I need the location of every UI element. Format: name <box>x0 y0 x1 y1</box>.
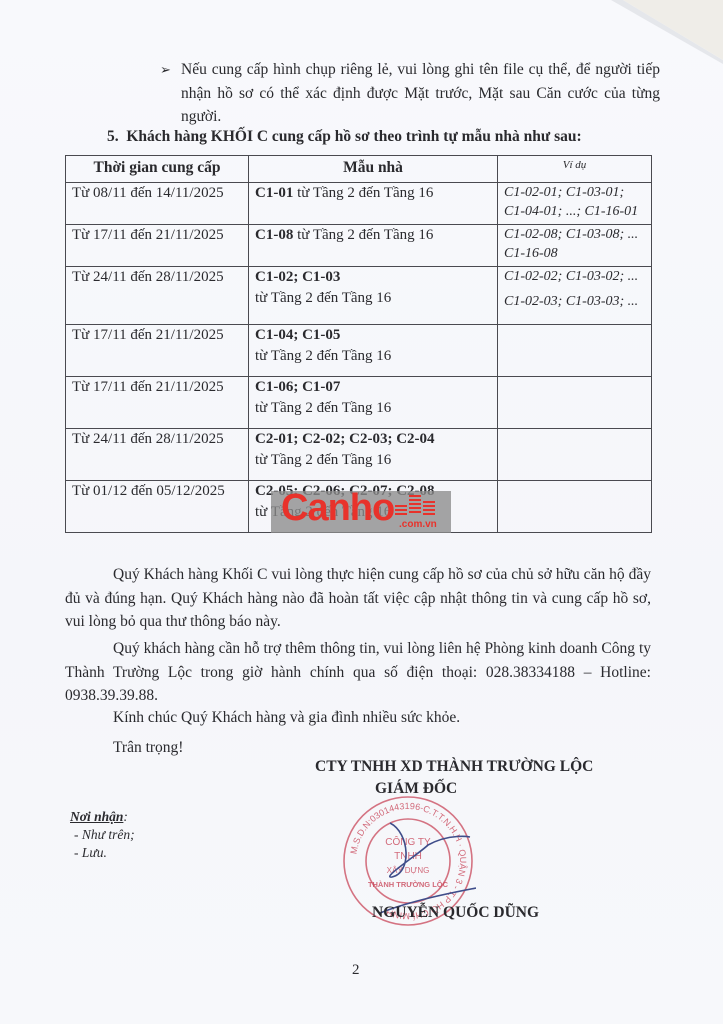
cell-model: C2-01; C2-02; C2-03; C2-04từ Tầng 2 đến … <box>249 429 498 481</box>
paragraph-1: Quý Khách hàng Khối C vui lòng thực hiện… <box>65 563 651 634</box>
section-heading: 5. Khách hàng KHỐI C cung cấp hồ sơ theo… <box>107 128 582 146</box>
building-icon <box>395 495 443 521</box>
time-text: Từ 08/11 đến 14/11/2025 <box>72 183 242 204</box>
model-codes: C2-01; C2-02; C2-03; C2-04 <box>255 431 435 447</box>
cell-example <box>498 481 652 533</box>
model-codes: C1-02; C1-03 <box>255 269 340 285</box>
time-text: Từ 17/11 đến 21/11/2025 <box>72 325 242 346</box>
table-row: Từ 17/11 đến 21/11/2025C1-08 từ Tầng 2 đ… <box>66 225 652 267</box>
cell-time: Từ 17/11 đến 21/11/2025 <box>66 325 249 377</box>
page-number: 2 <box>352 962 360 979</box>
bullet-paragraph: ➢ Nếu cung cấp hình chụp riêng lẻ, vui l… <box>160 58 660 129</box>
model-codes: C1-01 <box>255 185 293 201</box>
time-text: Từ 24/11 đến 28/11/2025 <box>72 267 242 288</box>
cell-model: C1-01 từ Tầng 2 đến Tầng 16 <box>249 183 498 225</box>
recipients-block: Nơi nhận: - Như trên;- Lưu. <box>70 808 135 862</box>
table-row: Từ 24/11 đến 28/11/2025C1-02; C1-03từ Tầ… <box>66 267 652 325</box>
model-codes: C1-06; C1-07 <box>255 379 340 395</box>
cell-example: C1-02-02; C1-03-02; ...C1-02-03; C1-03-0… <box>498 267 652 325</box>
model-floors: từ Tầng 2 đến Tầng 16 <box>293 227 433 243</box>
example-line-2: C1-04-01; ...; C1-16-01 <box>504 202 645 221</box>
watermark-brand: Canho <box>281 487 394 530</box>
cell-time: Từ 24/11 đến 28/11/2025 <box>66 429 249 481</box>
table-row: Từ 17/11 đến 21/11/2025C1-04; C1-05từ Tầ… <box>66 325 652 377</box>
cell-model: C1-02; C1-03từ Tầng 2 đến Tầng 16 <box>249 267 498 325</box>
table-row: Từ 17/11 đến 21/11/2025C1-06; C1-07từ Tầ… <box>66 377 652 429</box>
time-text: Từ 24/11 đến 28/11/2025 <box>72 429 242 450</box>
cell-example: C1-02-01; C1-03-01;C1-04-01; ...; C1-16-… <box>498 183 652 225</box>
folded-corner <box>623 0 723 60</box>
watermark-domain: .com.vn <box>399 519 437 530</box>
model-floors: từ Tầng 2 đến Tầng 16 <box>293 185 433 201</box>
watermark-logo: Canho .com.vn <box>271 491 451 533</box>
arrow-bullet-icon: ➢ <box>160 58 171 82</box>
header-example: Ví dụ <box>498 156 652 183</box>
recipient-item: - Lưu. <box>74 844 135 862</box>
svg-text:XÂY DỰNG: XÂY DỰNG <box>387 866 430 875</box>
section-number: 5. <box>107 128 119 145</box>
cell-model: C1-06; C1-07từ Tầng 2 đến Tầng 16 <box>249 377 498 429</box>
model-floors-line2: từ Tầng 2 đến Tầng 16 <box>255 288 491 309</box>
cell-model: C1-08 từ Tầng 2 đến Tầng 16 <box>249 225 498 267</box>
signature-company: CTY TNHH XD THÀNH TRƯỜNG LỘC <box>315 758 593 776</box>
example-line-2: C1-02-03; C1-03-03; ... <box>504 292 645 311</box>
cell-model: C1-04; C1-05từ Tầng 2 đến Tầng 16 <box>249 325 498 377</box>
cell-time: Từ 01/12 đến 05/12/2025 <box>66 481 249 533</box>
paragraph-2: Quý khách hàng cần hỗ trợ thêm thông tin… <box>65 637 651 708</box>
paragraph-4: Trân trọng! <box>65 736 651 760</box>
paragraph-3: Kính chúc Quý Khách hàng và gia đình nhi… <box>65 706 651 730</box>
model-codes: C1-08 <box>255 227 293 243</box>
example-line-1: C1-02-08; C1-03-08; ... <box>504 225 645 244</box>
model-floors-line2: từ Tầng 2 đến Tầng 16 <box>255 346 491 367</box>
signatory-name: NGUYỄN QUỐC DŨNG <box>372 904 539 922</box>
recipient-item: - Như trên; <box>74 826 135 844</box>
cell-time: Từ 24/11 đến 28/11/2025 <box>66 267 249 325</box>
recipients-heading: Nơi nhận <box>70 809 123 824</box>
example-line-1: C1-02-02; C1-03-02; ... <box>504 267 645 286</box>
time-text: Từ 17/11 đến 21/11/2025 <box>72 377 242 398</box>
svg-text:CÔNG TY: CÔNG TY <box>385 835 431 848</box>
section-title-text: Khách hàng KHỐI C cung cấp hồ sơ theo tr… <box>126 128 581 145</box>
cell-example <box>498 377 652 429</box>
cell-example: C1-02-08; C1-03-08; ...C1-16-08 <box>498 225 652 267</box>
model-codes: C1-04; C1-05 <box>255 327 340 343</box>
table-row: Từ 08/11 đến 14/11/2025C1-01 từ Tầng 2 đ… <box>66 183 652 225</box>
model-floors-line2: từ Tầng 2 đến Tầng 16 <box>255 398 491 419</box>
header-model: Mẫu nhà <box>249 156 498 183</box>
schedule-table: Thời gian cung cấp Mẫu nhà Ví dụ Từ 08/1… <box>65 155 652 533</box>
example-line-1: C1-02-01; C1-03-01; <box>504 183 645 202</box>
table-header-row: Thời gian cung cấp Mẫu nhà Ví dụ <box>66 156 652 183</box>
model-floors-line2: từ Tầng 2 đến Tầng 16 <box>255 450 491 471</box>
example-line-2: C1-16-08 <box>504 244 645 263</box>
time-text: Từ 17/11 đến 21/11/2025 <box>72 225 242 246</box>
cell-time: Từ 17/11 đến 21/11/2025 <box>66 377 249 429</box>
document-page: ➢ Nếu cung cấp hình chụp riêng lẻ, vui l… <box>0 0 723 1024</box>
svg-text:THÀNH TRƯỜNG LỘC: THÀNH TRƯỜNG LỘC <box>368 880 449 889</box>
time-text: Từ 01/12 đến 05/12/2025 <box>72 481 242 502</box>
cell-time: Từ 08/11 đến 14/11/2025 <box>66 183 249 225</box>
bullet-text: Nếu cung cấp hình chụp riêng lẻ, vui lòn… <box>181 58 660 129</box>
cell-example <box>498 429 652 481</box>
table-row: Từ 24/11 đến 28/11/2025C2-01; C2-02; C2-… <box>66 429 652 481</box>
cell-time: Từ 17/11 đến 21/11/2025 <box>66 225 249 267</box>
cell-example <box>498 325 652 377</box>
header-time: Thời gian cung cấp <box>66 156 249 183</box>
